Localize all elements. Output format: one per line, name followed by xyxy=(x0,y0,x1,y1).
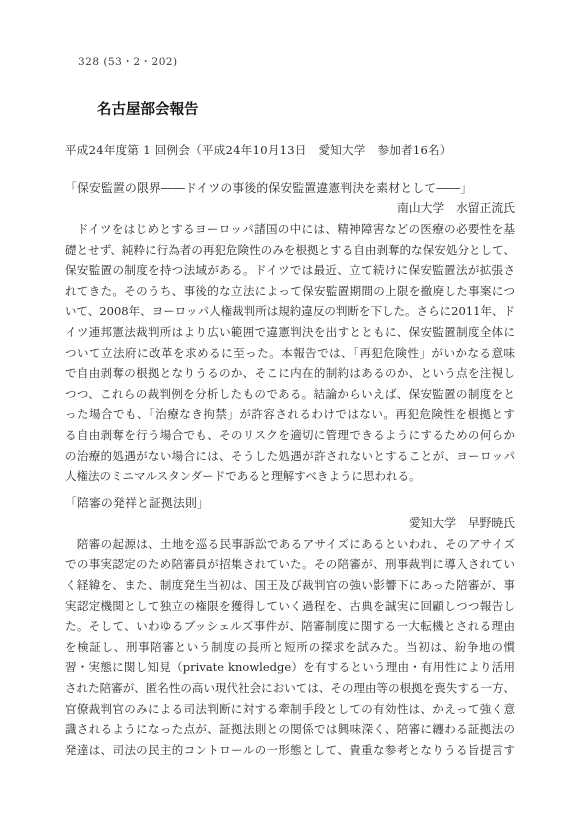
text-line: の治療的処遇がない場合には、そうした処遇が許されないとすることが、ヨーロッパ xyxy=(65,446,515,467)
text-line: いて、2008年、ヨーロッパ人権裁判所は規約違反の判断を下した。さらに2011年… xyxy=(65,301,515,322)
text-line: を検証し、刑事陪審という制度の長所と短所の探求を試みた。当初は、紛争地の慣 xyxy=(65,637,515,658)
talk-abstract: ドイツをはじめとするヨーロッパ諸国の中には、精神障害などの医療の必要性を基礎とせ… xyxy=(65,219,515,487)
text-line: く経緯を、また、制度発生当初は、国王及び裁判官の強い影響下にあった陪審が、事 xyxy=(65,575,515,596)
text-line: で自由剥奪の根拠となりうるのか、そこに内在的制約はあるのか、という点を注視し xyxy=(65,363,515,384)
text-line: 官僚裁判官のみによる司法判断に対する牽制手段としての有効性は、かえって強く意 xyxy=(65,699,515,720)
text-line: 発達は、司法の民主的コントロールの一形態として、貴重な参考となりうる旨提言す xyxy=(65,740,515,761)
journal-page: 328 (53・2・202) 名古屋部会報告 平成24年度第 1 回例会（平成2… xyxy=(0,0,584,827)
text-line: 実認定機関として独立の権限を獲得していく過程を、古典を誠実に回顧しつつ報告し xyxy=(65,596,515,617)
section-title: 名古屋部会報告 xyxy=(97,100,515,121)
text-line: イツ連邦憲法裁判所はより広い範囲で違憲判決を出すとともに、保安監置制度全体に xyxy=(65,322,515,343)
text-line: された陪審が、匿名性の高い現代社会においては、その理由等の根拠を喪失する一方、 xyxy=(65,678,515,699)
text-line: 礎とせず、純粋に行為者の再犯危険性のみを根拠とする自由剥奪的な保安処分として、 xyxy=(65,240,515,261)
text-line: た。そして、いわゆるブッシェルズ事件が、陪審制度に関する一大転機とされる理由 xyxy=(65,616,515,637)
text-line: れてきた。そのうち、事後的な立法によって保安監置期間の上限を撤廃した事案につ xyxy=(65,281,515,302)
text-line: ついて立法府に改革を求めるに至った。本報告では、「再犯危険性」がいかなる意味 xyxy=(65,343,515,364)
text-line: る自由剥奪を行う場合でも、そのリスクを適切に管理できるようにするための何らか xyxy=(65,425,515,446)
text-line: 習・実態に関し知見（private knowledge）を有するという理由・有用… xyxy=(65,657,515,678)
text-line: つつ、これらの裁判例を分析したものである。結論からいえば、保安監置の制度をと xyxy=(65,384,515,405)
text-line: 人権法のミニマルスタンダードであると理解すべきように思われる。 xyxy=(65,466,515,487)
text-line: 陪審の起源は、土地を巡る民事訴訟であるアサイズにあるといわれ、そのアサイズ xyxy=(65,534,515,555)
talk-report-1: 「保安監置の限界――ドイツの事後的保安監置違憲判決を素材として――」 南山大学 … xyxy=(65,178,515,487)
talk-report-2: 「陪審の発祥と証拠法則」 愛知大学 早野暁氏 陪審の起源は、土地を巡る民事訴訟で… xyxy=(65,493,515,761)
page-number-header: 328 (53・2・202) xyxy=(78,52,515,73)
talk-title: 「保安監置の限界――ドイツの事後的保安監置違憲判決を素材として――」 xyxy=(65,178,515,199)
text-line: 保安監置の制度を持つ法域がある。ドイツでは最近、立て続けに保安監置法が拡張さ xyxy=(65,260,515,281)
text-line: での事実認定のため陪審員が招集されていた。その陪審が、刑事裁判に導入されてい xyxy=(65,554,515,575)
talk-abstract: 陪審の起源は、土地を巡る民事訴訟であるアサイズにあるといわれ、そのアサイズでの事… xyxy=(65,534,515,761)
talk-title: 「陪審の発祥と証拠法則」 xyxy=(65,493,515,514)
text-line: ドイツをはじめとするヨーロッパ諸国の中には、精神障害などの医療の必要性を基 xyxy=(65,219,515,240)
text-line: った場合でも、「治療なき拘禁」が許容されるわけではない。再犯危険性を根拠とす xyxy=(65,404,515,425)
speaker-affiliation-name: 愛知大学 早野暁氏 xyxy=(65,513,515,534)
speaker-affiliation-name: 南山大学 水留正流氏 xyxy=(65,198,515,219)
text-line: 識されるようになった点が、証拠法則との関係では興味深く、陪審に纏わる証拠法の xyxy=(65,719,515,740)
meeting-info: 平成24年度第 1 回例会（平成24年10月13日 愛知大学 参加者16名） xyxy=(65,140,515,161)
